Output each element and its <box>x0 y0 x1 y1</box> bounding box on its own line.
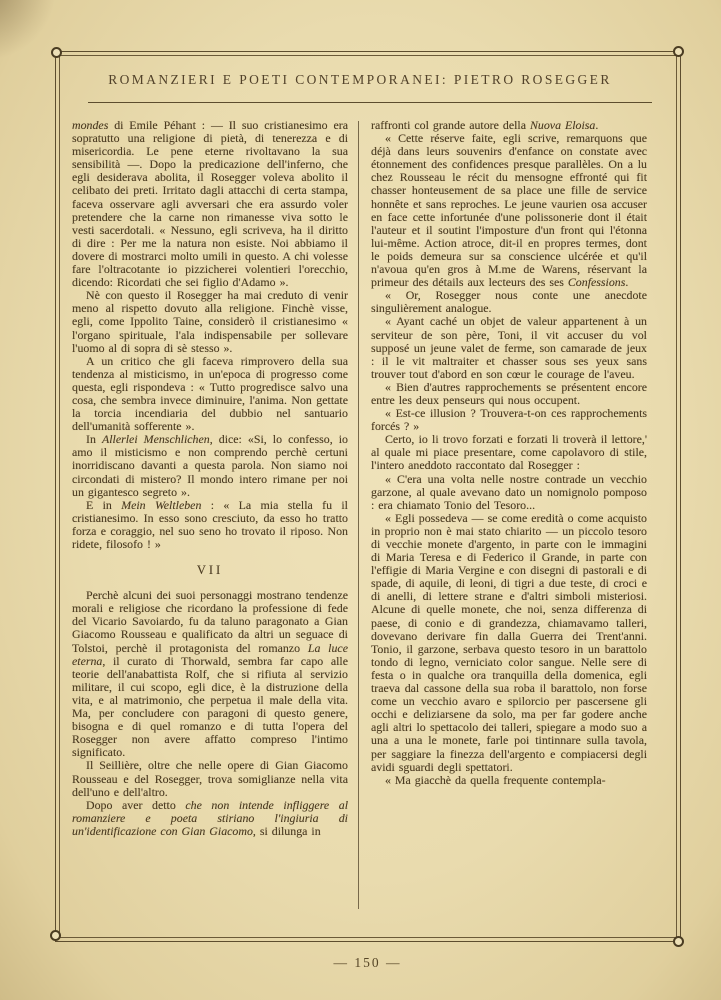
paragraph: « Or, Rosegger nous conte une anecdote s… <box>371 289 647 315</box>
right-column: raffronti col grande autore della Nuova … <box>371 119 647 913</box>
paragraph: Perchè alcuni dei suoi personaggi mostra… <box>72 589 348 759</box>
paragraph: « Ayant caché un objet de valeur apparte… <box>371 315 647 380</box>
column-divider <box>358 121 359 909</box>
paragraph: A un critico che gli faceva rimprovero d… <box>72 355 348 434</box>
paragraph: E in Mein Weltleben : « La mia stella fu… <box>72 499 348 551</box>
corner-ornament-top-left <box>51 47 62 58</box>
text-columns: mondes di Emile Péhant : — Il suo cristi… <box>72 119 648 913</box>
left-column: mondes di Emile Péhant : — Il suo cristi… <box>72 119 348 913</box>
paragraph: « C'era una volta nelle nostre contrade … <box>371 473 647 512</box>
paragraph: Nè con questo il Rosegger ha mai creduto… <box>72 289 348 354</box>
paragraph: In Allerlei Menschlichen, dice: «Si, lo … <box>72 433 348 498</box>
paragraph: « Est-ce illusion ? Trouvera-t-on ces ra… <box>371 407 647 433</box>
corner-ornament-bottom-left <box>50 930 61 941</box>
paragraph: Dopo aver detto che non intende infligge… <box>72 799 348 838</box>
paragraph: « Bien d'autres rapprochements se présen… <box>371 381 647 407</box>
section-heading: VII <box>72 564 348 577</box>
paragraph: Il Seillière, oltre che nelle opere di G… <box>72 759 348 798</box>
paragraph: « Egli possedeva — se come eredità o com… <box>371 512 647 774</box>
paragraph: « Ma giacchè da quella frequente contemp… <box>371 774 647 787</box>
page-number: — 150 — <box>55 955 680 971</box>
paragraph: Certo, io li trovo forzati e forzati li … <box>371 433 647 472</box>
book-page: ROMANZIERI E POETI CONTEMPORANEI: PIETRO… <box>0 0 721 1000</box>
corner-ornament-bottom-right <box>673 936 684 947</box>
running-head-title: ROMANZIERI E POETI CONTEMPORANEI: PIETRO… <box>72 72 648 88</box>
paragraph: mondes di Emile Péhant : — Il suo cristi… <box>72 119 348 289</box>
paragraph: « Cette réserve faite, egli scrive, rema… <box>371 132 647 289</box>
corner-ornament-top-right <box>673 46 684 57</box>
header-rule <box>88 102 652 103</box>
